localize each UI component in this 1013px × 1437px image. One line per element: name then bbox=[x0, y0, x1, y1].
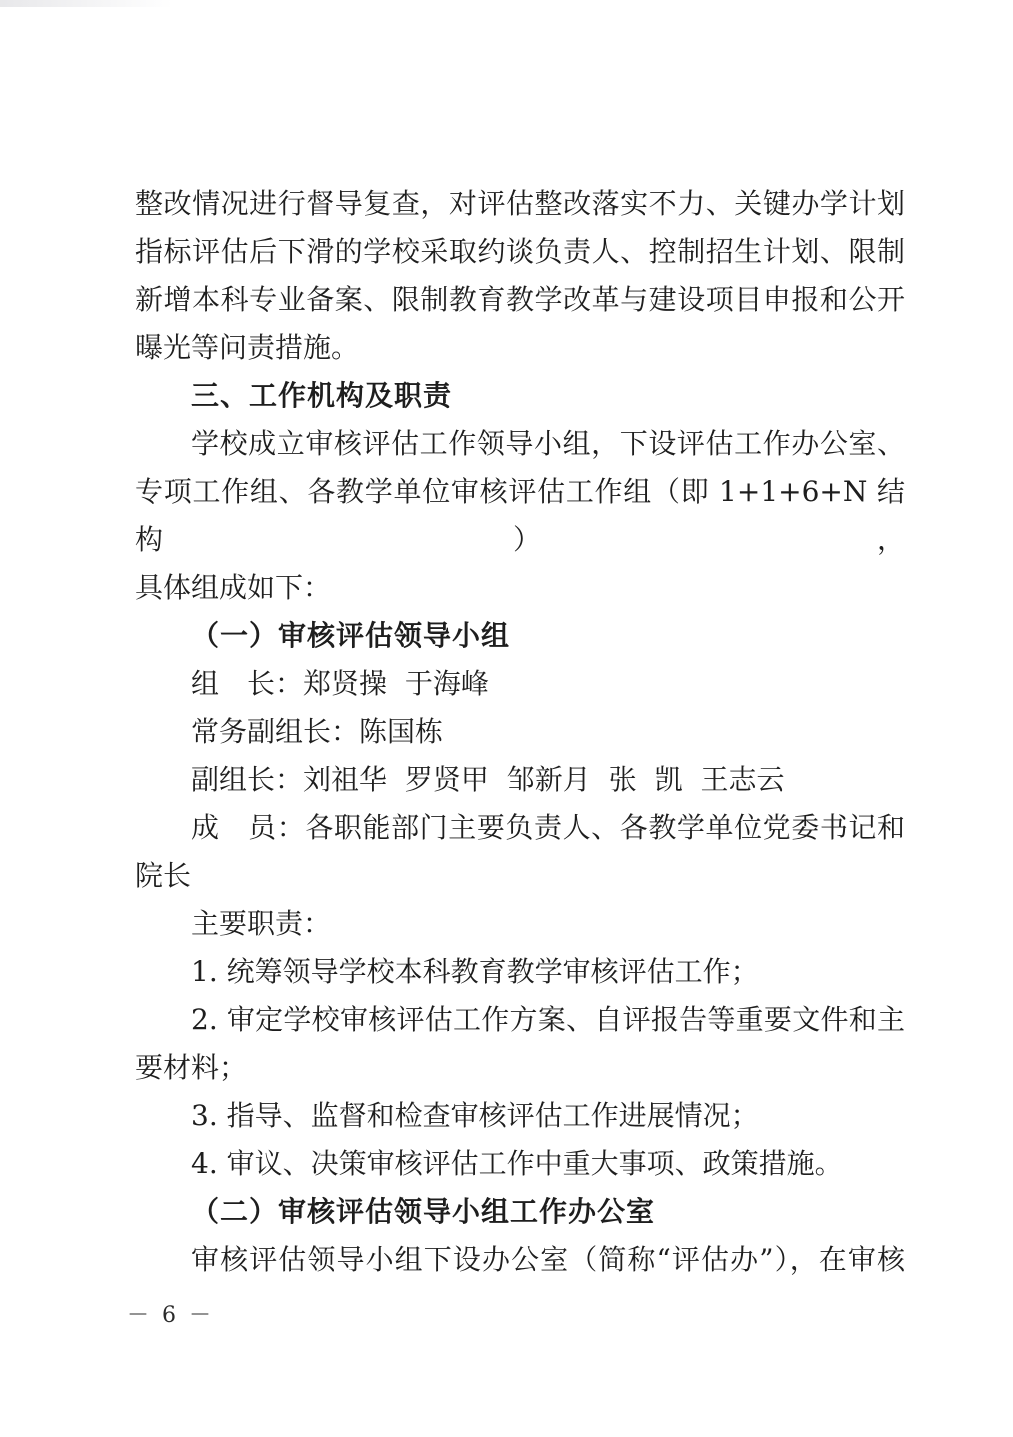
role-line-exec-deputy: 常务副组长：陈国栋 bbox=[135, 708, 905, 756]
paragraph-line: 学校成立审核评估工作领导小组，下设评估工作办公室、 bbox=[135, 420, 905, 468]
paragraph-line: 新增本科专业备案、限制教育教学改革与建设项目申报和公开 bbox=[135, 276, 905, 324]
section-heading-3: 三、工作机构及职责 bbox=[135, 372, 905, 420]
document-page: { "colors": { "paper": "#ffffff", "text"… bbox=[0, 0, 1013, 1437]
document-body: 整改情况进行督导复查，对评估整改落实不力、关键办学计划 指标评估后下滑的学校采取… bbox=[135, 180, 905, 1284]
paragraph-line: 专项工作组、各教学单位审核评估工作组（即 1+1+6+N 结构）， bbox=[135, 468, 905, 564]
subsection-heading-1: （一）审核评估领导小组 bbox=[135, 612, 905, 660]
paragraph-line: 整改情况进行督导复查，对评估整改落实不力、关键办学计划 bbox=[135, 180, 905, 228]
role-line-deputy-leaders: 副组长：刘祖华 罗贤甲 邹新月 张 凯 王志云 bbox=[135, 756, 905, 804]
paragraph-line: 具体组成如下： bbox=[135, 564, 905, 612]
duty-item-3: 3. 指导、监督和检查审核评估工作进展情况； bbox=[135, 1092, 905, 1140]
page-number: － 6 － bbox=[127, 1298, 214, 1329]
paragraph-line: 曝光等问责措施。 bbox=[135, 324, 905, 372]
duty-item-2-continued: 要材料； bbox=[135, 1044, 905, 1092]
paragraph-line: 指标评估后下滑的学校采取约谈负责人、控制招生计划、限制 bbox=[135, 228, 905, 276]
duties-label: 主要职责： bbox=[135, 900, 905, 948]
subsection-heading-2: （二）审核评估领导小组工作办公室 bbox=[135, 1188, 905, 1236]
role-line-members: 成 员：各职能部门主要负责人、各教学单位党委书记和 bbox=[135, 804, 905, 852]
paragraph-line: 审核评估领导小组下设办公室（简称“评估办”），在审核 bbox=[135, 1236, 905, 1284]
paragraph-line: 院长 bbox=[135, 852, 905, 900]
duty-item-4: 4. 审议、决策审核评估工作中重大事项、政策措施。 bbox=[135, 1140, 905, 1188]
scan-artifact-smudge bbox=[0, 0, 192, 7]
duty-item-1: 1. 统筹领导学校本科教育教学审核评估工作； bbox=[135, 948, 905, 996]
duty-item-2: 2. 审定学校审核评估工作方案、自评报告等重要文件和主 bbox=[135, 996, 905, 1044]
role-line-group-leader: 组 长：郑贤操 于海峰 bbox=[135, 660, 905, 708]
